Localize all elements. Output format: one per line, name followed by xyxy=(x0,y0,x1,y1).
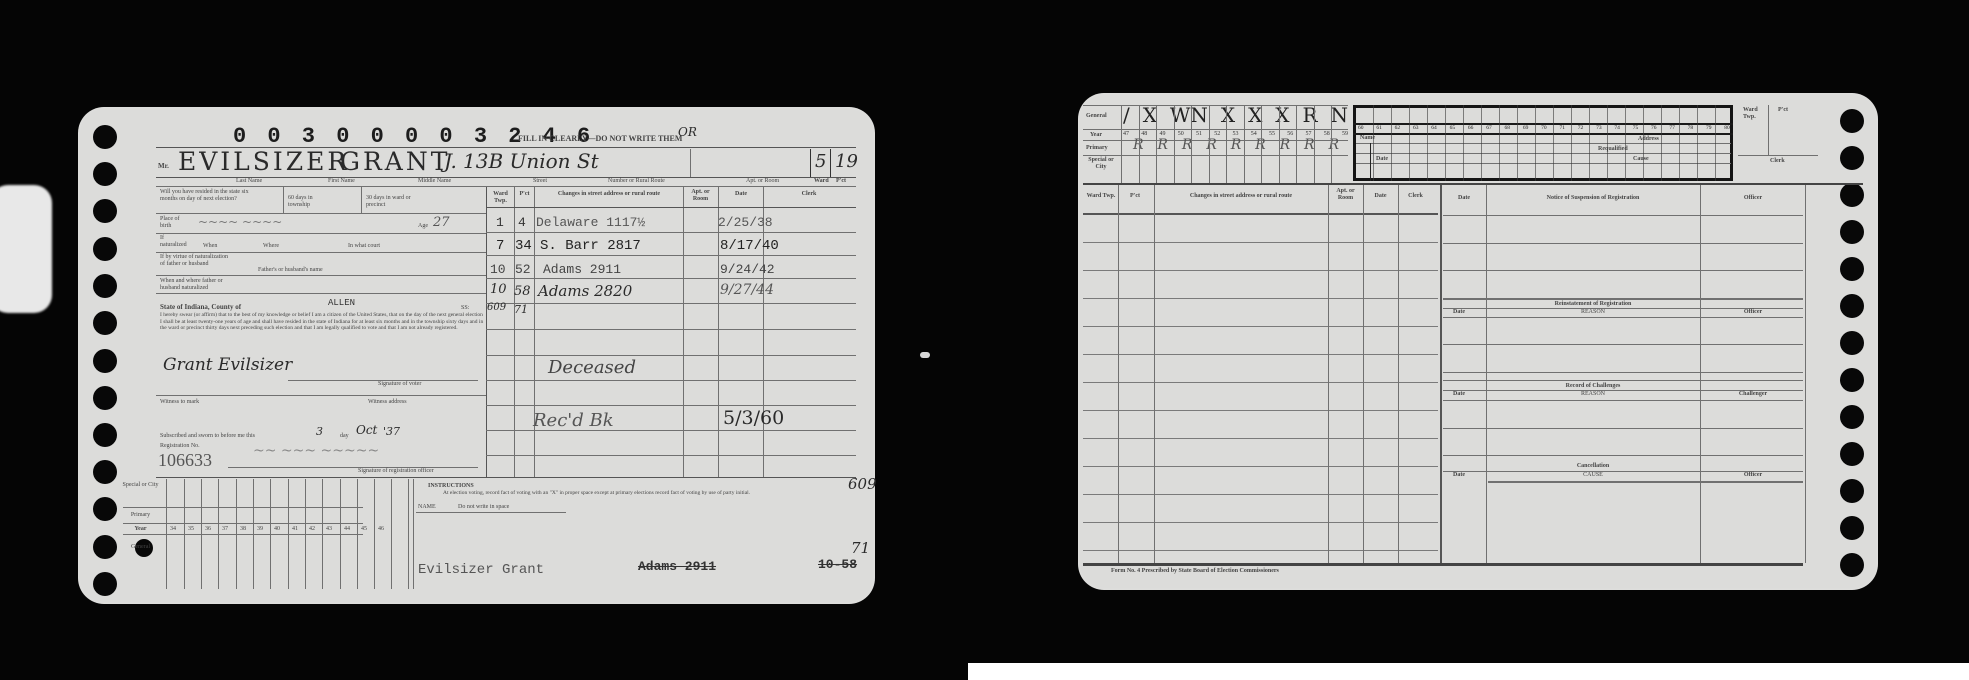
typed-address: Adams 2911 xyxy=(638,559,716,574)
row-pct: 52 xyxy=(515,262,531,277)
col-pct: P'ct xyxy=(515,191,534,198)
row-pct: 58 xyxy=(514,284,531,299)
typed-name: Evilsizer Grant xyxy=(418,562,544,578)
subscribed-day: 3 xyxy=(316,425,323,438)
where-label: Where xyxy=(263,243,279,250)
row-address: Deceased xyxy=(548,357,636,378)
col-apt: Apt. or Room xyxy=(684,189,717,203)
naturalized-label: If naturalized xyxy=(160,235,190,249)
father-name-label: Father's or husband's name xyxy=(258,267,323,274)
cancellation-col-cause: CAUSE xyxy=(1488,472,1698,479)
year-40: 40 xyxy=(274,526,280,533)
label-pct: P'ct xyxy=(836,178,846,185)
row-date: 8/17/40 xyxy=(720,238,779,254)
col-date: Date xyxy=(719,191,763,198)
when-label: When xyxy=(203,243,217,250)
row-ward: 1 xyxy=(496,215,504,230)
subscribed-month: Oct xyxy=(356,423,377,437)
row-address: Adams 2820 xyxy=(538,282,632,300)
year-43: 43 xyxy=(326,526,332,533)
row-date: 9/27/44 xyxy=(720,282,774,298)
grid-label-special: Special or City xyxy=(118,482,163,489)
middle-initial: J. xyxy=(444,149,457,173)
challenges-col-challenger: Challenger xyxy=(1703,391,1803,398)
days-township-label: 60 days in township xyxy=(288,195,333,209)
ss-label: SS: xyxy=(461,305,469,312)
top-clerk-label: Clerk xyxy=(1770,158,1785,165)
row-address: Delaware 1117½ xyxy=(536,215,645,230)
row-pct: 71 xyxy=(514,303,528,316)
grid-label-primary: Primary xyxy=(118,512,163,519)
col-address: Changes in street address or rural route xyxy=(1156,193,1326,200)
header-instruction: FILL IN CLEARLY—DO NOT WRITE THEM xyxy=(518,135,682,142)
row-ward: 10 xyxy=(490,282,507,297)
adjacent-card-fragment xyxy=(0,185,52,313)
subscribed-year: '37 xyxy=(383,425,400,438)
age-value: 27 xyxy=(433,215,450,230)
top-pct-label: P'ct xyxy=(1778,107,1788,114)
witness-label: Witness to mark xyxy=(160,399,199,406)
official-signature: ~~ ~~~ ~~~~~ xyxy=(253,443,379,459)
label-street: Street xyxy=(533,178,547,185)
suspension-col-date: Date xyxy=(1444,195,1484,202)
row-pct: 34 xyxy=(515,238,532,254)
year-42: 42 xyxy=(309,526,315,533)
subscribed-text: Subscribed and sworn to before me this xyxy=(160,433,255,440)
street-address: 13B Union St xyxy=(463,149,599,173)
year-36: 36 xyxy=(205,526,211,533)
row-date: 9/24/42 xyxy=(720,262,775,277)
subscribed-day-label: day xyxy=(340,433,349,440)
last-name: EVILSIZER xyxy=(178,147,349,176)
table-row-lines xyxy=(1083,215,1438,563)
primary-marks: R R R R R R R R R xyxy=(1126,137,1346,153)
ward-number: 5 xyxy=(815,151,826,172)
ward-annotation-struck: 10-58 xyxy=(818,557,857,572)
back-registration-card: General Year Primary Special or City 47 … xyxy=(1078,93,1878,590)
cancellation-col-officer: Officer xyxy=(1703,472,1803,479)
grid-label-general: General xyxy=(1086,113,1107,120)
col-ward: Ward Twp. xyxy=(1086,193,1116,200)
col-address: Changes in street address or rural route xyxy=(536,191,682,198)
row-address: S. Barr 2817 xyxy=(540,238,641,254)
voter-signature: Grant Evilsizer xyxy=(163,355,292,375)
year-46: 46 xyxy=(378,526,384,533)
reinstatement-col-officer: Officer xyxy=(1703,309,1803,316)
year-39: 39 xyxy=(257,526,263,533)
ward-annotation-bottom: 71 xyxy=(851,539,870,557)
ward-annotation-top: 609 xyxy=(848,475,877,493)
row-address: Rec'd Bk xyxy=(533,410,614,431)
year-41: 41 xyxy=(292,526,298,533)
year-35: 35 xyxy=(188,526,194,533)
top-ward-label: Ward Twp. xyxy=(1743,107,1767,121)
challenges-title: Record of Challenges xyxy=(1488,383,1698,390)
reinstatement-col-reason: REASON xyxy=(1488,309,1698,316)
place-of-birth-label: Place of birth xyxy=(160,216,190,230)
official-signature-label: Signature of registration officer xyxy=(358,468,434,475)
col-pct: P'ct xyxy=(1120,193,1150,200)
year-34: 34 xyxy=(170,526,176,533)
grid-label-primary: Primary xyxy=(1086,145,1108,152)
suspension-col-officer: Officer xyxy=(1703,195,1803,202)
row-ward: 7 xyxy=(496,238,504,254)
year-44: 44 xyxy=(344,526,350,533)
white-band xyxy=(968,663,1969,680)
instructions-text: At election voting, record fact of votin… xyxy=(443,490,773,497)
row-date: 2/25/38 xyxy=(718,215,773,230)
challenges-col-reason: REASON xyxy=(1488,391,1698,398)
row-ward: 10 xyxy=(490,262,506,277)
prefix-label: Mr. xyxy=(158,162,169,170)
witness-address-label: Witness address xyxy=(368,399,407,406)
court-label: In what court xyxy=(348,243,380,250)
when-where-label: When and where father or husband natural… xyxy=(160,278,240,292)
residence-question: Will you have resided in the state six m… xyxy=(160,189,250,203)
grid-label-year: Year xyxy=(1090,132,1102,139)
header-mark: OR xyxy=(678,125,697,139)
place-of-birth-value: ~~~~ ~~~~ xyxy=(198,215,282,229)
instructions-title: INSTRUCTIONS xyxy=(428,483,474,490)
right-grid-verticals xyxy=(1356,105,1731,181)
front-registration-card: 0 0 3 0 0 0 0 3 2 4 6 FILL IN CLEARLY—DO… xyxy=(78,107,875,604)
state-line: State of Indiana, County of xyxy=(160,303,241,311)
cancellation-title: Cancellation xyxy=(1488,463,1698,470)
row-address: Adams 2911 xyxy=(543,262,621,277)
virtue-label: If by virtue of naturalization of father… xyxy=(160,254,230,268)
row-ward: 609 xyxy=(487,302,506,313)
grid-label-year: Year xyxy=(118,526,163,533)
grid-label-general: General xyxy=(118,544,163,551)
signature-label: Signature of voter xyxy=(378,381,421,388)
col-ward: Ward Twp. xyxy=(488,191,513,205)
col-apt: Apt. or Room xyxy=(1328,188,1363,202)
reinstatement-col-date: Date xyxy=(1453,309,1465,316)
first-name: GRANT xyxy=(340,147,450,176)
label-last-name: Last Name xyxy=(236,178,262,185)
cancellation-col-date: Date xyxy=(1453,472,1465,479)
form-footer: Form No. 4 Prescribed by State Board of … xyxy=(1111,568,1279,575)
year-45: 45 xyxy=(361,526,367,533)
suspension-col-notice: Notice of Suspension of Registration xyxy=(1488,195,1698,202)
row-date: 5/3/60 xyxy=(723,407,784,429)
label-middle-name: Middle Name xyxy=(418,178,451,185)
age-label: Age xyxy=(418,223,428,230)
instructions-name-label: NAME xyxy=(418,504,436,511)
col-date: Date xyxy=(1363,193,1398,200)
label-ward: Ward xyxy=(814,178,829,185)
days-ward-label: 30 days in ward or precinct xyxy=(366,195,426,209)
registration-label: Registration No. xyxy=(160,443,200,450)
scratch-mark xyxy=(920,352,930,358)
label-number: Number or Rural Route xyxy=(608,178,665,185)
year-37: 37 xyxy=(222,526,228,533)
year-38: 38 xyxy=(240,526,246,533)
registration-number: 106633 xyxy=(158,450,212,471)
col-clerk: Clerk xyxy=(764,191,854,198)
instructions-do-not-write: Do not write in space xyxy=(458,504,509,511)
row-pct: 4 xyxy=(518,215,526,230)
challenges-col-date: Date xyxy=(1453,391,1465,398)
county-value: ALLEN xyxy=(328,298,355,308)
grid-label-special: Special or City xyxy=(1084,157,1118,171)
label-first-name: First Name xyxy=(328,178,355,185)
reinstatement-title: Reinstatement of Registration xyxy=(1488,301,1698,308)
precinct-number: 19 xyxy=(835,151,858,172)
label-apt: Apt. or Room xyxy=(746,178,779,185)
oath-text: I hereby swear (or affirm) that to the b… xyxy=(160,312,485,332)
col-clerk: Clerk xyxy=(1398,193,1433,200)
